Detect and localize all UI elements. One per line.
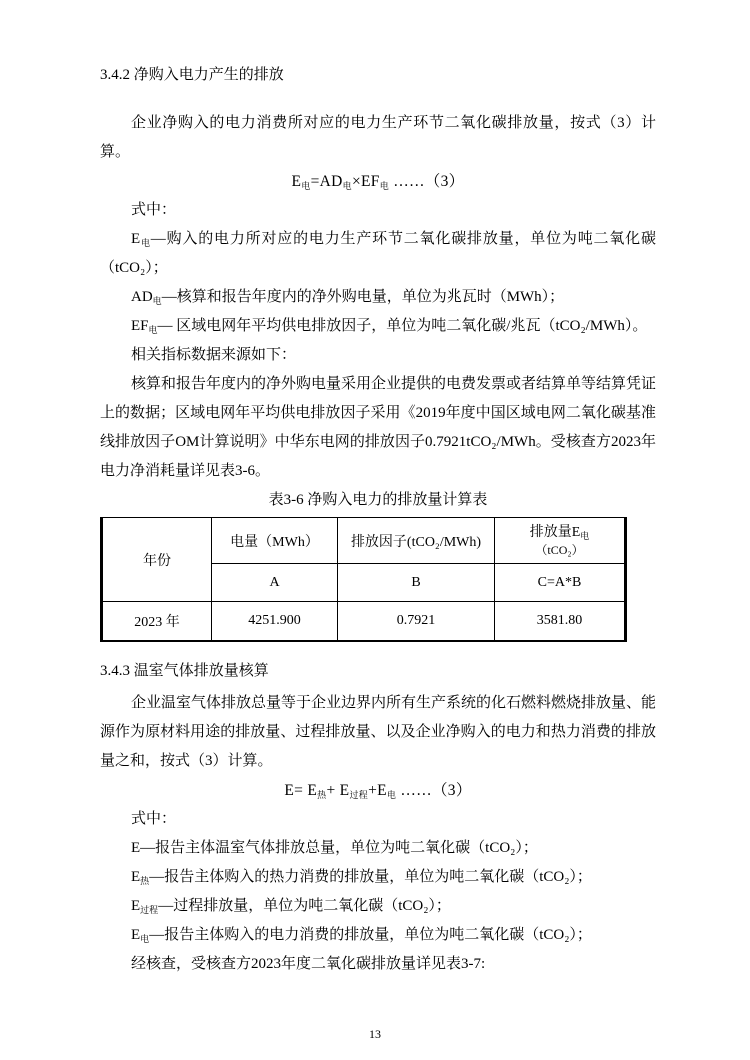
table-header-factor: 排放因子(tCO₂/MWh) — [338, 518, 495, 564]
symbol-base: E — [131, 869, 140, 885]
definition-text: —报告主体温室气体排放总量，单位为吨二氧化碳（tCO₂）； — [140, 840, 538, 856]
definition-text: —核算和报告年度内的净外购电量，单位为兆瓦时（MWh）； — [162, 289, 565, 305]
formula-total-emission: E= E热+ E过程+E电 ……（3） — [100, 776, 656, 805]
symbol-subscript: 电 — [140, 934, 149, 944]
definition-ef-electricity: EF电— 区域电网年平均供电排放因子，单位为吨二氧化碳/兆瓦（tCO₂/MWh）… — [100, 312, 656, 341]
definition-e-total: E—报告主体温室气体排放总量，单位为吨二氧化碳（tCO₂）； — [100, 834, 656, 863]
table-cell-factor: 0.7921 — [338, 602, 495, 641]
table-data-row: 2023 年 4251.900 0.7921 3581.80 — [102, 602, 626, 641]
table-collabel-b: B — [338, 564, 495, 602]
page-number: 13 — [0, 1026, 750, 1042]
data-source-detail: 核算和报告年度内的净外购电量采用企业提供的电费发票或者结算单等结算凭证上的数据；… — [100, 370, 656, 486]
formula-subscript: 电 — [387, 790, 396, 800]
section-3-4-3-intro: 企业温室气体排放总量等于企业边界内所有生产系统的化石燃料燃烧排放量、能源作为原材… — [100, 689, 656, 776]
data-source-note: 相关指标数据来源如下： — [100, 341, 656, 370]
formula-equation-number: ……（3） — [389, 173, 464, 190]
symbol-base: EF — [131, 318, 149, 334]
table-header-power: 电量（MWh） — [212, 518, 338, 564]
table-cell-year: 2023 年 — [102, 602, 212, 641]
section-3-4-3-heading: 3.4.3 温室气体排放量核算 — [100, 657, 656, 686]
formula-subscript: 电 — [380, 181, 389, 191]
table-cell-power: 4251.900 — [212, 602, 338, 641]
formula-term: + E — [326, 782, 349, 799]
symbol-base: E — [131, 840, 140, 856]
symbol-base: 排放量E — [530, 525, 581, 540]
formula-subscript: 电 — [343, 181, 352, 191]
symbol-subscript: 电 — [580, 531, 589, 541]
definition-e-electricity-total: E电—报告主体购入的电力消费的排放量，单位为吨二氧化碳（tCO₂）； — [100, 921, 656, 950]
table-header-emission: 排放量E电 （tCO₂） — [495, 518, 626, 564]
definition-e-heat: E热—报告主体购入的热力消费的排放量，单位为吨二氧化碳（tCO₂）； — [100, 863, 656, 892]
symbol-base: E — [131, 898, 140, 914]
definition-ad-electricity: AD电—核算和报告年度内的净外购电量，单位为兆瓦时（MWh）； — [100, 283, 656, 312]
symbol-subscript: 电 — [140, 238, 151, 248]
table-collabel-a: A — [212, 564, 338, 602]
formula-equation-number: ……（3） — [396, 782, 471, 799]
definition-text: —过程排放量，单位为吨二氧化碳（tCO₂）； — [158, 898, 451, 914]
table-cell-emission: 3581.80 — [495, 602, 626, 641]
document-content: 3.4.2 净购入电力产生的排放 企业净购入的电力消费所对应的电力生产环节二氧化… — [100, 61, 656, 979]
definition-text: — 区域电网年平均供电排放因子，单位为吨二氧化碳/兆瓦（tCO₂/MWh）。 — [158, 318, 648, 334]
table-header-emission-label: 排放量E电 — [497, 523, 622, 542]
formula-term: +E — [368, 782, 387, 799]
definition-text: —报告主体购入的电力消费的排放量，单位为吨二氧化碳（tCO₂）； — [149, 927, 592, 943]
section-3-4-2-heading: 3.4.2 净购入电力产生的排放 — [100, 61, 656, 90]
definition-e-electricity: E电—购入的电力所对应的电力生产环节二氧化碳排放量，单位为吨二氧化碳（tCO₂）… — [100, 225, 656, 283]
table-3-6: 年份 电量（MWh） 排放因子(tCO₂/MWh) 排放量E电 （tCO₂） A… — [100, 517, 627, 642]
definition-e-process: E过程—过程排放量，单位为吨二氧化碳（tCO₂）； — [100, 892, 656, 921]
definition-text: —购入的电力所对应的电力生产环节二氧化碳排放量，单位为吨二氧化碳（tCO₂）； — [100, 231, 656, 276]
section-3-4-2-intro: 企业净购入的电力消费所对应的电力生产环节二氧化碳排放量，按式（3）计算。 — [100, 109, 656, 167]
where-label-1: 式中： — [100, 196, 656, 225]
formula-electricity-emission: E电=AD电×EF电 ……（3） — [100, 167, 656, 196]
definition-text: —报告主体购入的热力消费的排放量，单位为吨二氧化碳（tCO₂）； — [149, 869, 592, 885]
symbol-subscript: 过程 — [140, 905, 158, 915]
table-header-row-1: 年份 电量（MWh） 排放因子(tCO₂/MWh) 排放量E电 （tCO₂） — [102, 518, 626, 564]
document-page: 3.4.2 净购入电力产生的排放 企业净购入的电力消费所对应的电力生产环节二氧化… — [0, 0, 750, 1060]
formula-term: E= E — [284, 782, 317, 799]
table-collabel-c: C=A*B — [495, 564, 626, 602]
where-label-2: 式中： — [100, 805, 656, 834]
formula-subscript: 过程 — [349, 790, 368, 800]
symbol-base: AD — [131, 289, 153, 305]
formula-subscript: 电 — [301, 181, 310, 191]
table-header-year: 年份 — [102, 518, 212, 602]
symbol-base: E — [131, 927, 140, 943]
symbol-subscript: 热 — [140, 876, 149, 886]
formula-term: =AD — [311, 173, 343, 190]
table-header-emission-unit: （tCO₂） — [497, 542, 622, 559]
symbol-subscript: 电 — [149, 325, 158, 335]
formula-term: ×EF — [352, 173, 380, 190]
symbol-subscript: 电 — [153, 296, 162, 306]
formula-term: E — [292, 173, 302, 190]
symbol-base: E — [131, 231, 140, 247]
closing-line: 经核查，受核查方2023年度二氧化碳排放量详见表3-7: — [100, 950, 656, 979]
table-3-6-caption: 表3-6 净购入电力的排放量计算表 — [100, 486, 656, 515]
